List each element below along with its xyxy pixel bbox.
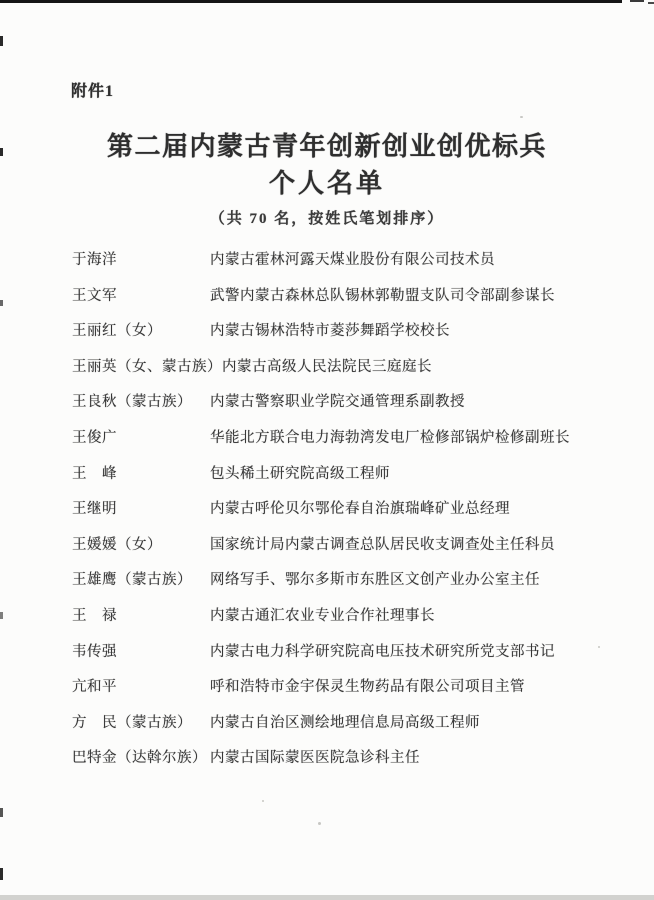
person-title: 呼和浩特市金宇保灵生物药品有限公司项目主管: [210, 677, 525, 697]
scan-speck: [262, 800, 264, 802]
person-name: 方 民（蒙古族）: [72, 713, 210, 733]
person-title: 网络写手、鄂尔多斯市东胜区文创产业办公室主任: [210, 570, 540, 590]
document-title-line1: 第二届内蒙古青年创新创业创优标兵: [0, 128, 654, 166]
roster-row: 方 民（蒙古族） 内蒙古自治区测绘地理信息局高级工程师: [0, 713, 654, 749]
person-name: 亢和平: [72, 677, 210, 697]
person-name: 王继明: [72, 499, 210, 519]
person-name: 王媛媛（女）: [72, 535, 210, 555]
person-name: 王丽英（女、蒙古族）: [72, 357, 222, 377]
roster-row: 于海洋 内蒙古霍林河露天煤业股份有限公司技术员: [0, 250, 654, 286]
roster-row: 王俊广 华能北方联合电力海勃湾发电厂检修部锅炉检修副班长: [0, 428, 654, 464]
scan-edge-mark: [0, 808, 3, 817]
roster-row: 王良秋（蒙古族） 内蒙古警察职业学院交通管理系副教授: [0, 392, 654, 428]
scanned-document-page: 附件1 第二届内蒙古青年创新创业创优标兵 个人名单 （共 70 名，按姓氏笔划排…: [0, 0, 654, 900]
scan-edge-mark: [648, 2, 654, 4]
roster-list: 于海洋 内蒙古霍林河露天煤业股份有限公司技术员 王文军 武警内蒙古森林总队锡林郭…: [0, 250, 654, 784]
person-name: 王雄鹰（蒙古族）: [72, 570, 210, 590]
roster-row: 王继明 内蒙古呼伦贝尔鄂伦春自治旗瑞峰矿业总经理: [0, 499, 654, 535]
person-title: 内蒙古自治区测绘地理信息局高级工程师: [210, 713, 480, 733]
roster-row: 亢和平 呼和浩特市金宇保灵生物药品有限公司项目主管: [0, 677, 654, 713]
scan-speck: [520, 116, 523, 118]
roster-row: 王雄鹰（蒙古族） 网络写手、鄂尔多斯市东胜区文创产业办公室主任: [0, 570, 654, 606]
title-block: 第二届内蒙古青年创新创业创优标兵 个人名单 （共 70 名，按姓氏笔划排序）: [0, 128, 654, 228]
person-title: 内蒙古通汇农业专业合作社理事长: [210, 606, 435, 626]
roster-row: 王 峰 包头稀土研究院高级工程师: [0, 464, 654, 500]
attachment-label: 附件1: [71, 78, 114, 101]
roster-row: 巴特金（达斡尔族） 内蒙古国际蒙医医院急诊科主任: [0, 748, 654, 784]
person-title: 内蒙古呼伦贝尔鄂伦春自治旗瑞峰矿业总经理: [210, 499, 510, 519]
person-title: 内蒙古警察职业学院交通管理系副教授: [210, 392, 465, 412]
scan-edge-mark: [630, 0, 644, 2]
person-name: 王文军: [72, 286, 210, 306]
person-title: 内蒙古电力科学研究院高电压技术研究所党支部书记: [210, 642, 555, 662]
person-title: 包头稀土研究院高级工程师: [210, 464, 390, 484]
person-title: 内蒙古锡林浩特市菱莎舞蹈学校校长: [210, 321, 450, 341]
person-title: 内蒙古国际蒙医医院急诊科主任: [210, 748, 420, 768]
person-title: 内蒙古霍林河露天煤业股份有限公司技术员: [210, 250, 495, 270]
roster-row: 王文军 武警内蒙古森林总队锡林郭勒盟支队司令部副参谋长: [0, 286, 654, 322]
roster-row: 王丽英（女、蒙古族） 内蒙古高级人民法院民三庭庭长: [0, 357, 654, 393]
person-title: 华能北方联合电力海勃湾发电厂检修部锅炉检修副班长: [210, 428, 570, 448]
scan-edge-mark: [0, 868, 3, 880]
roster-row: 王丽红（女） 内蒙古锡林浩特市菱莎舞蹈学校校长: [0, 321, 654, 357]
person-name: 巴特金（达斡尔族）: [72, 748, 210, 768]
scan-top-edge-line: [0, 0, 622, 3]
scan-bottom-edge: [0, 895, 654, 900]
person-name: 韦传强: [72, 642, 210, 662]
person-name: 王 禄: [72, 606, 210, 626]
scan-edge-mark: [0, 36, 3, 46]
person-name: 王良秋（蒙古族）: [72, 392, 210, 412]
person-name: 于海洋: [72, 250, 210, 270]
document-subtitle: （共 70 名，按姓氏笔划排序）: [0, 207, 654, 228]
roster-row: 王媛媛（女） 国家统计局内蒙古调查总队居民收支调查处主任科员: [0, 535, 654, 571]
roster-row: 韦传强 内蒙古电力科学研究院高电压技术研究所党支部书记: [0, 642, 654, 678]
roster-row: 王 禄 内蒙古通汇农业专业合作社理事长: [0, 606, 654, 642]
scan-speck: [318, 822, 321, 825]
person-title: 武警内蒙古森林总队锡林郭勒盟支队司令部副参谋长: [210, 286, 555, 306]
person-name: 王 峰: [72, 464, 210, 484]
person-title: 内蒙古高级人民法院民三庭庭长: [222, 357, 432, 377]
person-name: 王俊广: [72, 428, 210, 448]
person-name: 王丽红（女）: [72, 321, 210, 341]
document-title-line2: 个人名单: [0, 166, 654, 201]
person-title: 国家统计局内蒙古调查总队居民收支调查处主任科员: [210, 535, 555, 555]
